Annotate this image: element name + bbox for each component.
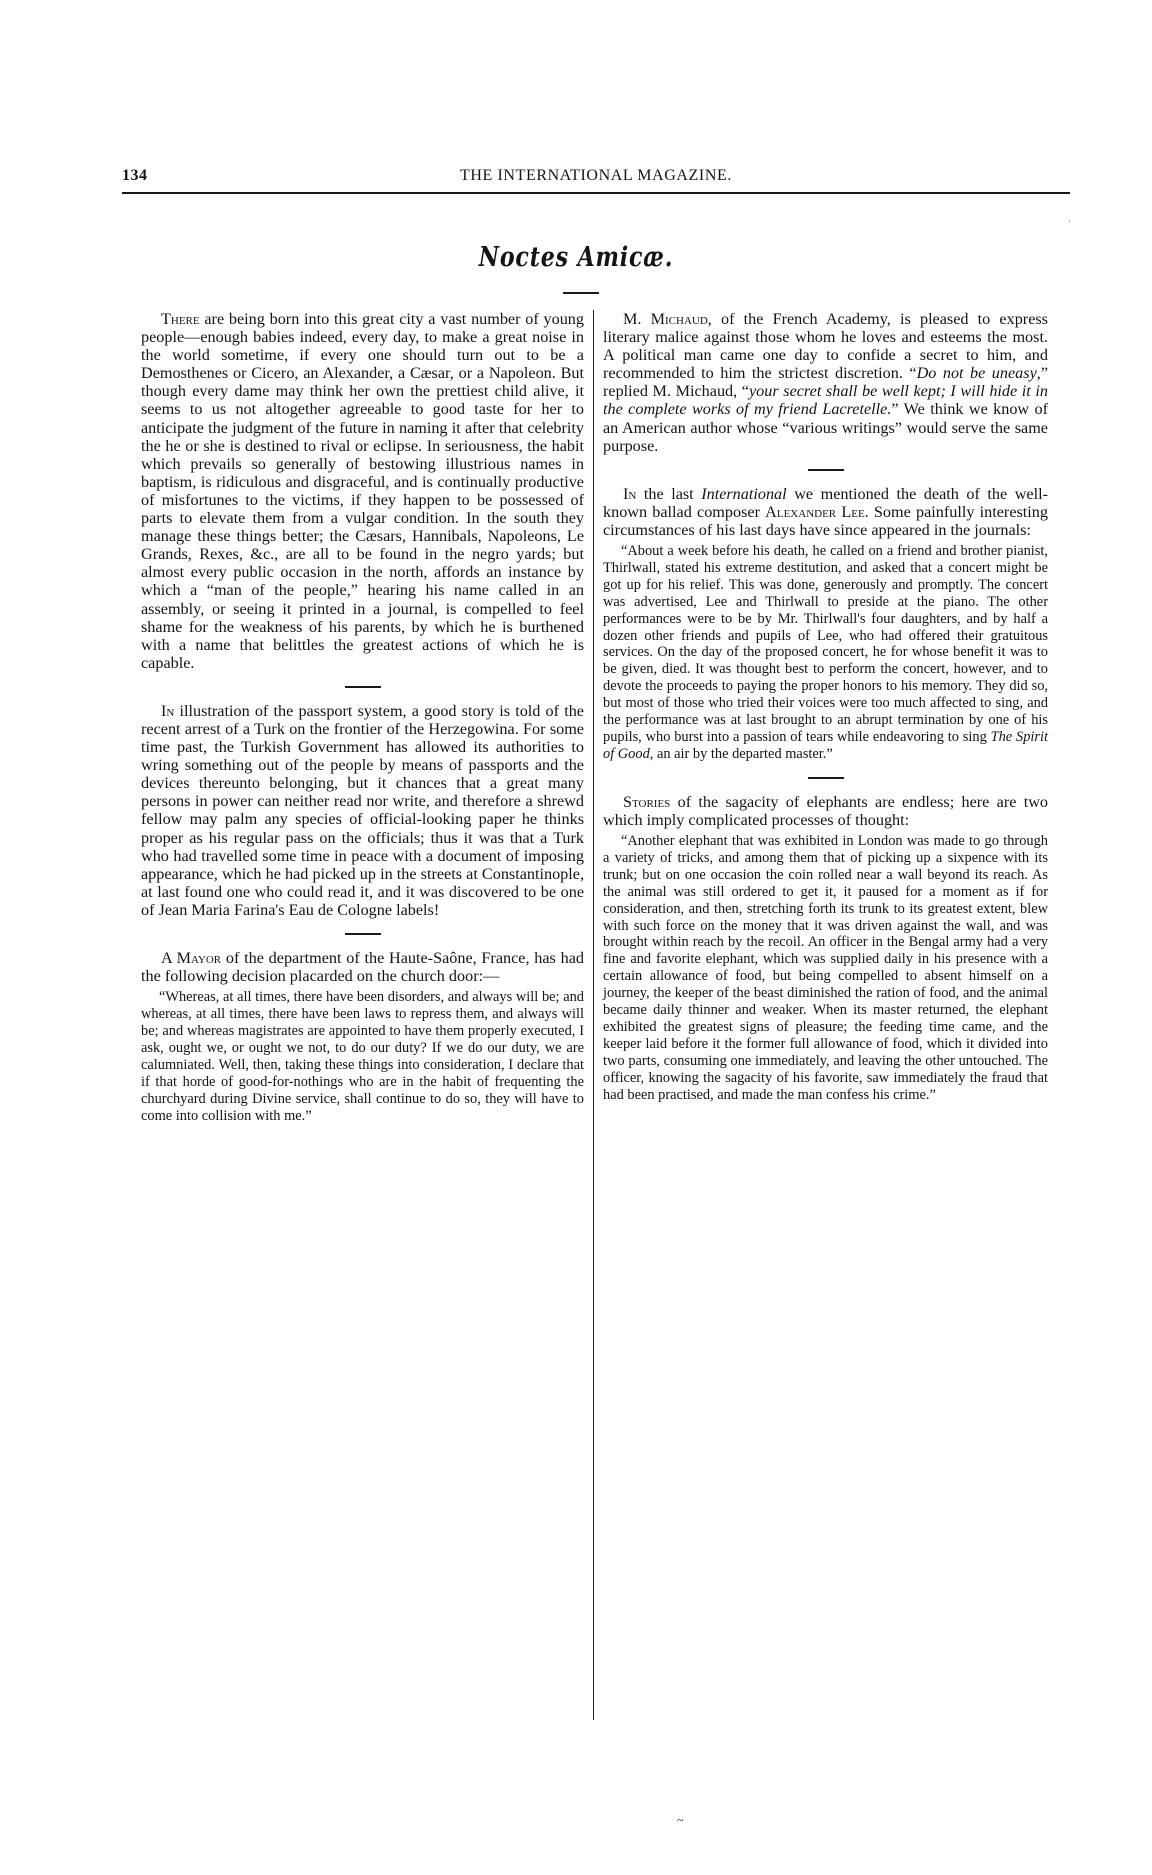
- publication-name: International: [701, 485, 786, 503]
- section-separator: [345, 686, 381, 688]
- lead-word: In: [161, 702, 174, 720]
- composer-name: Alexander Lee: [765, 503, 865, 521]
- article-body: illustration of the passport system, a g…: [141, 702, 584, 919]
- section-separator: [808, 469, 844, 471]
- article-michaud: M. Michaud, of the French Academy, is pl…: [603, 310, 1048, 455]
- header-rule: [122, 192, 1070, 194]
- print-speck: ·: [1068, 217, 1071, 226]
- lead-word: There: [161, 310, 200, 328]
- lead-word: Stories: [623, 793, 670, 811]
- mayor-quote: “Whereas, at all times, there have been …: [141, 989, 584, 1124]
- article-elephants: Stories of the sagacity of elephants are…: [603, 793, 1048, 829]
- column-divider: [593, 310, 594, 1720]
- left-column: There are being born into this great cit…: [141, 310, 584, 1124]
- page-header: 134 THE INTERNATIONAL MAGAZINE.: [122, 167, 1070, 187]
- elephant-quote: “Another elephant that was exhibited in …: [603, 833, 1048, 1104]
- article-names-in-baptism: There are being born into this great cit…: [141, 310, 584, 672]
- running-title: THE INTERNATIONAL MAGAZINE.: [122, 167, 1070, 185]
- quote-text: , an air by the departed master.”: [650, 746, 833, 762]
- lead-word: In: [623, 485, 636, 503]
- article-alexander-lee: In the last International we mentioned t…: [603, 485, 1048, 539]
- section-separator: [345, 933, 381, 935]
- lead-prefix: A: [161, 949, 177, 967]
- article-body: the last: [636, 485, 701, 503]
- lead-word: Michaud: [651, 310, 708, 328]
- lead-word: Mayor: [177, 949, 222, 967]
- lead-prefix: M.: [623, 310, 651, 328]
- article-mayor-haute-saone: A Mayor of the department of the Haute-S…: [141, 949, 584, 985]
- right-column: M. Michaud, of the French Academy, is pl…: [603, 310, 1048, 1104]
- section-separator: [808, 777, 844, 779]
- section-title: Noctes Amicæ.: [104, 242, 1049, 273]
- lee-quote: “About a week before his death, he calle…: [603, 543, 1048, 763]
- article-body: of the sagacity of elephants are endless…: [603, 793, 1048, 829]
- italic-quote: Do not be uneasy: [917, 364, 1037, 382]
- quote-text: “About a week before his death, he calle…: [603, 543, 1048, 745]
- title-rule: [563, 292, 599, 294]
- print-mark: ~: [677, 1813, 684, 1828]
- article-body: are being born into this great city a va…: [141, 310, 584, 672]
- article-passport-system: In illustration of the passport system, …: [141, 702, 584, 919]
